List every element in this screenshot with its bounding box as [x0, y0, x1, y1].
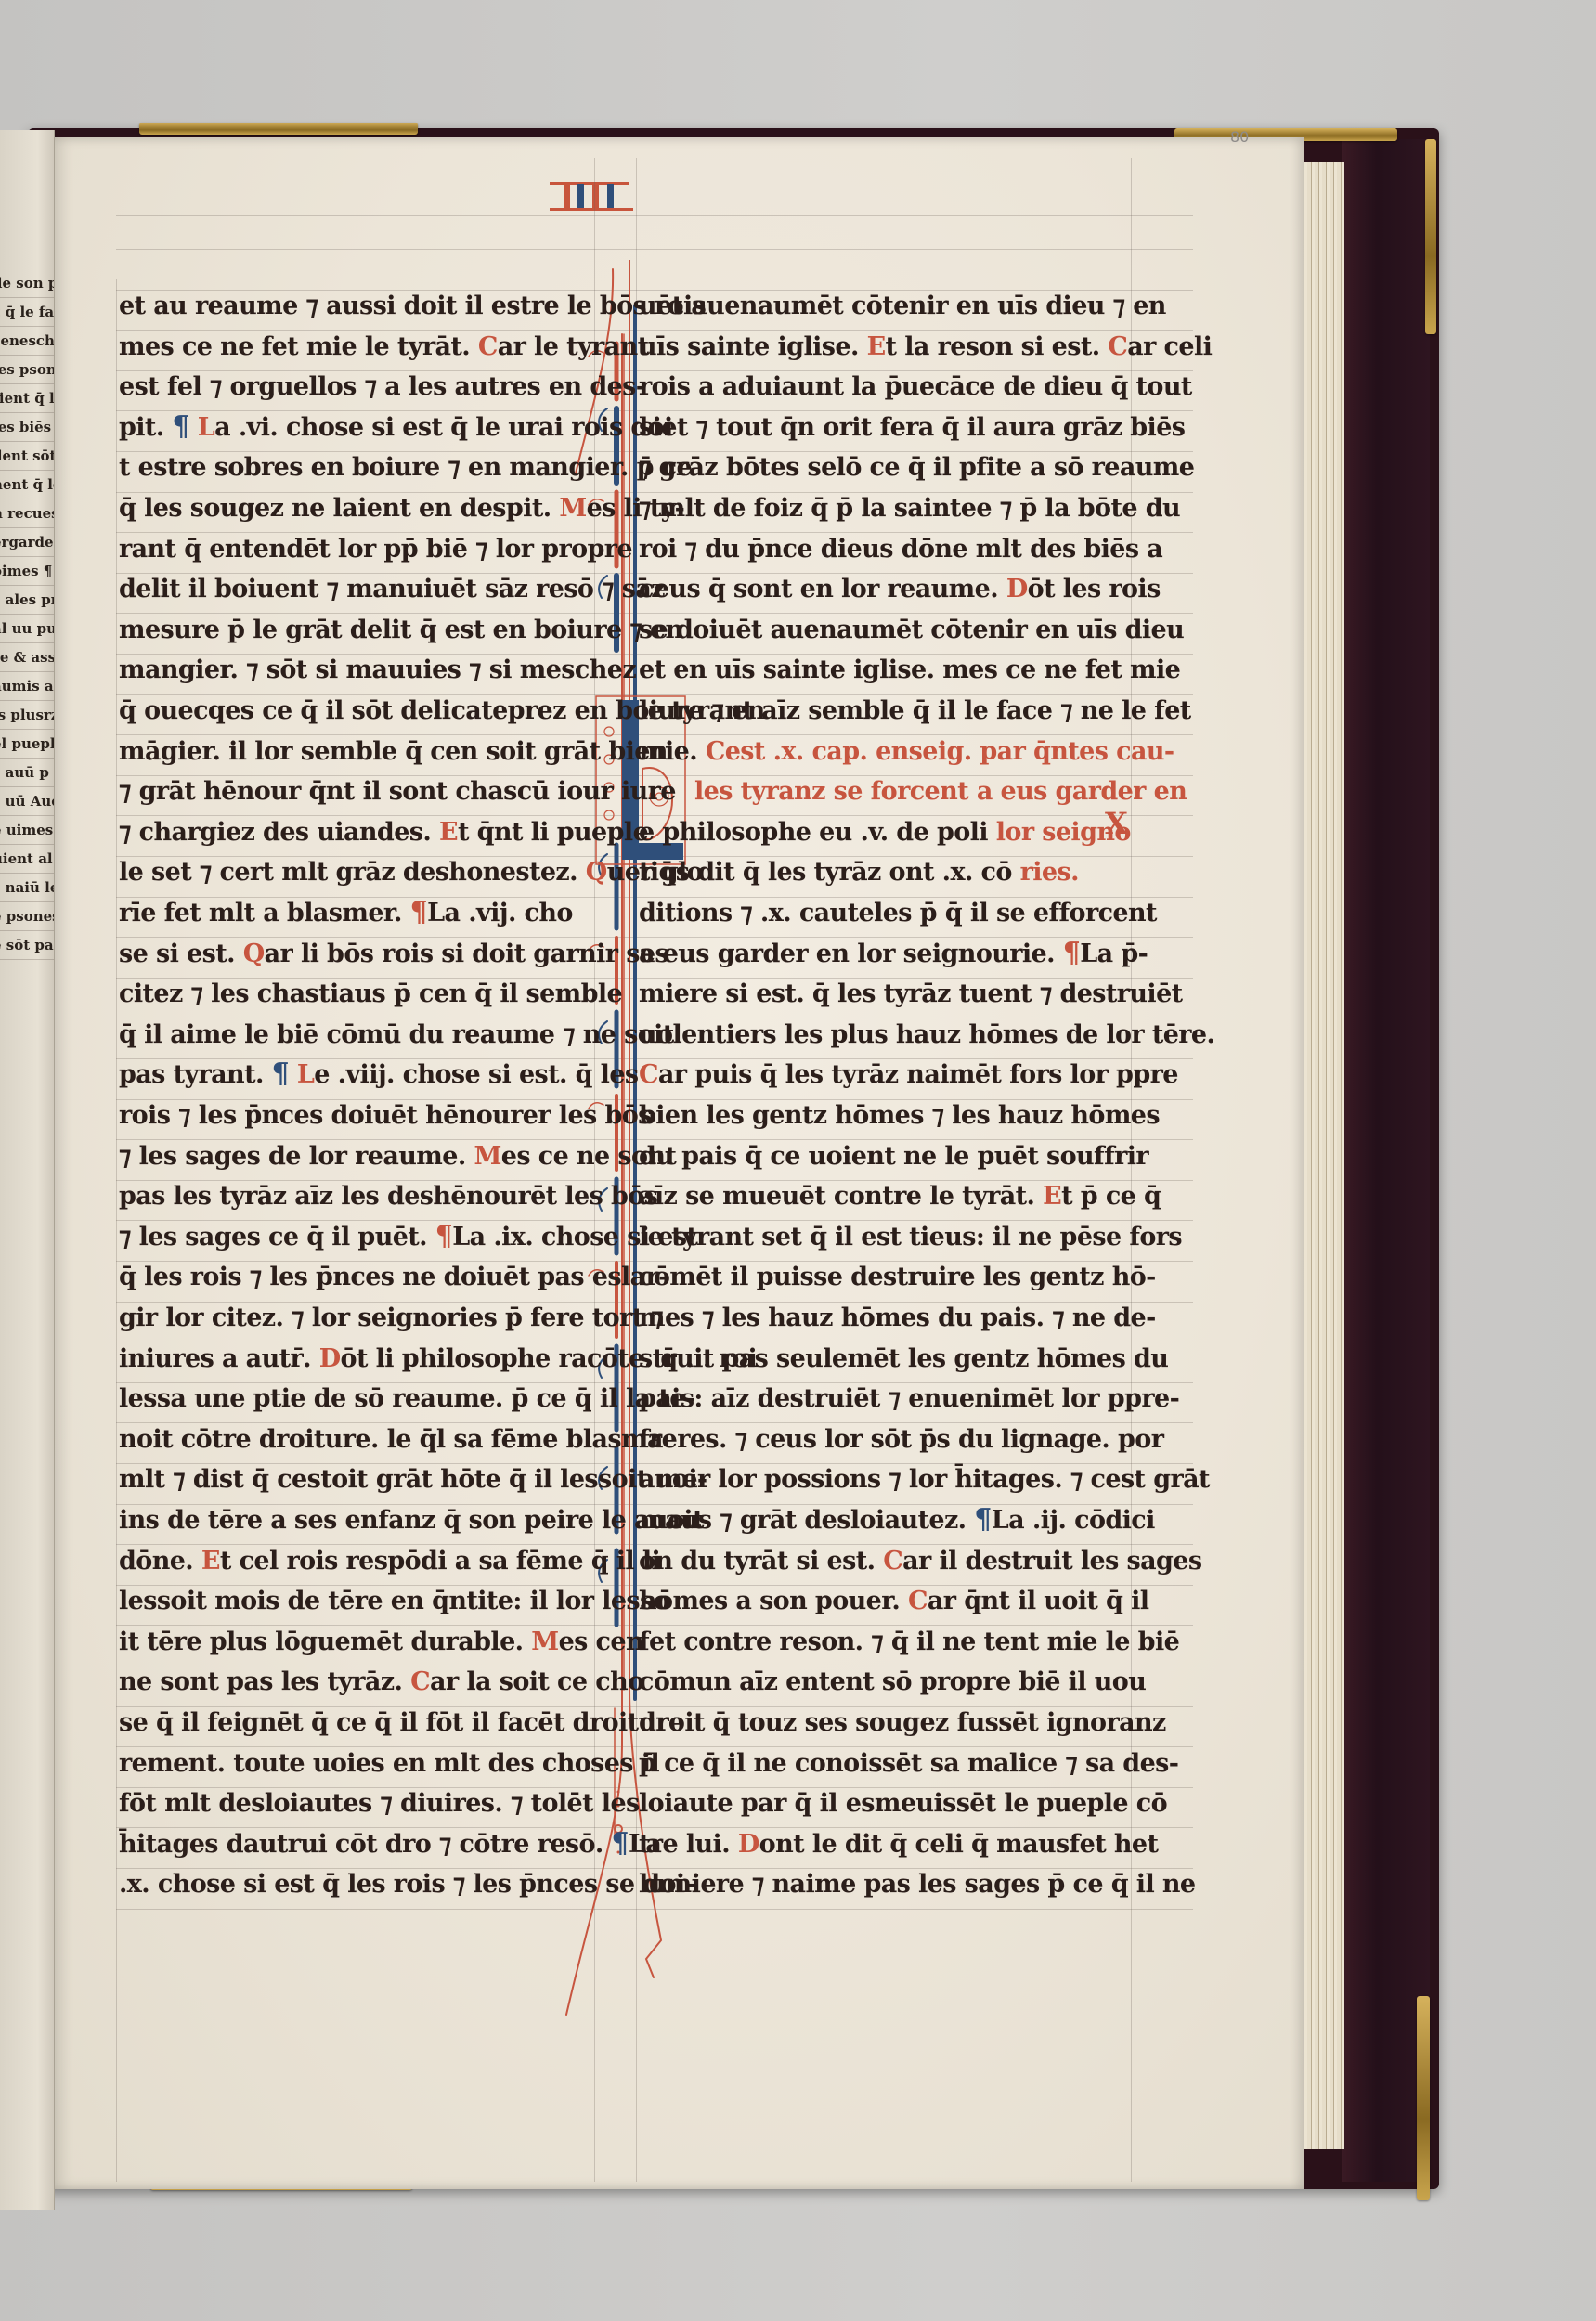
manuscript-line: se doiuēt auenaumēt cōtenir en uīs dieu — [639, 616, 1184, 644]
line-text: ar la soit ce cho — [430, 1667, 644, 1696]
manuscript-line: ne sont pas les tyrāz. Car la soit ce ch… — [119, 1667, 644, 1696]
pilcrow-icon: ¶ — [612, 1830, 629, 1858]
manuscript-line: cōmēt il puisse destruire les gentz hō- — [639, 1263, 1156, 1291]
line-text: rois ⁊ les p̄nces doiuēt hēnourer les bō… — [119, 1101, 652, 1130]
line-text: uīs sainte iglise. — [639, 332, 859, 361]
rubric-heading: lor seigno — [996, 818, 1131, 847]
line-text: dōne. — [119, 1547, 193, 1575]
manuscript-line: rant q̄ entendēt lor pp̄ biē ⁊ lor propr… — [119, 535, 632, 564]
manuscript-line: q̄ les rois ⁊ les p̄nces ne doiuēt pas e… — [119, 1263, 668, 1291]
line-text: .x. chose si est q̄ les rois ⁊ les p̄nce… — [119, 1870, 694, 1899]
manuscript-line: et en uīs sainte iglise. mes ce ne fet m… — [639, 655, 1180, 684]
manuscript-line: aīz se mueuēt contre le tyrāt. Et p̄ ce … — [639, 1182, 1161, 1211]
manuscript-line: t estre sobres en boiure ⁊ en mangier. p… — [119, 453, 692, 482]
manuscript-line: freres. ⁊ ceus lor sōt p̄s du lignage. p… — [639, 1425, 1163, 1454]
line-text: mes ⁊ les hauz hōmes du pais. ⁊ ne de- — [639, 1303, 1156, 1332]
line-text: p̄ ce q̄ il ne conoissēt sa malice ⁊ sa … — [639, 1749, 1178, 1778]
manuscript-line: uīs sainte iglise. Et la reson si est. C… — [639, 332, 1212, 361]
pilcrow-icon: ¶ — [172, 413, 189, 441]
running-head-stroke — [607, 184, 614, 208]
running-head-stroke — [564, 184, 570, 208]
rubricated-initial: M — [559, 494, 586, 523]
line-text: se q̄ il feignēt q̄ ce q̄ il fōt il facē… — [119, 1708, 684, 1737]
manuscript-line: lumiere ⁊ naime pas les sages p̄ ce q̄ i… — [639, 1870, 1196, 1899]
ruling-left-outer — [116, 279, 117, 2182]
facing-page-line: s naiū les — [0, 874, 55, 902]
pilcrow-icon: ¶ — [435, 1223, 453, 1251]
manuscript-line: h̄itages dautrui cōt dro ⁊ cōtre resō. ¶… — [119, 1830, 661, 1859]
manuscript-line: dōne. Et cel rois respōdi a sa fēme q̄ i… — [119, 1547, 660, 1575]
manuscript-line: tre lui. Dont le dit q̄ celi q̄ mausfet … — [639, 1830, 1158, 1859]
line-text: māgier. il lor semble q̄ cen soit grāt b… — [119, 737, 668, 766]
manuscript-line: fōt mlt desloiautes ⁊ diuires. ⁊ tolēt l… — [119, 1789, 640, 1818]
manuscript-line: struit pas seulemēt les gentz hōmes du — [639, 1344, 1168, 1373]
facing-page-line: s ales pnces neie — [0, 586, 55, 615]
manuscript-line: roi ⁊ du p̄nce dieus dōne mlt des biēs a — [639, 535, 1162, 564]
line-text: du pais q̄ ce uoient ne le puēt souffrir — [639, 1142, 1148, 1171]
rubricated-initial: E — [867, 332, 886, 361]
manuscript-line: siet ⁊ tout q̄n orit fera q̄ il aura grā… — [639, 413, 1185, 442]
line-text: ⁊ chargiez des uiandes. — [119, 818, 431, 847]
facing-page-line: seneschal etaone — [0, 327, 55, 356]
rubricated-initial: C — [639, 1060, 658, 1089]
line-text: fet contre reson. ⁊ q̄ il ne tent mie le… — [639, 1627, 1179, 1656]
manuscript-line: le tyrant aīz semble q̄ il le face ⁊ ne … — [639, 696, 1191, 725]
manuscript-line: auoir lor possions ⁊ lor h̄itages. ⁊ ces… — [639, 1465, 1210, 1494]
pilcrow-icon: ¶ — [1063, 940, 1081, 967]
manuscript-line: citez ⁊ les chastiaus p̄ cen q̄ il sembl… — [119, 979, 622, 1008]
manuscript-line: p̄ ce q̄ il ne conoissēt sa malice ⁊ sa … — [639, 1749, 1178, 1778]
line-text: t q̄nt li pueple — [458, 818, 648, 847]
manuscript-line: mlt ⁊ dist q̄ cestoit grāt hōte q̄ il le… — [119, 1465, 707, 1494]
manuscript-line: pas les tyrāz aīz les deshēnourēt les bō… — [119, 1182, 657, 1211]
line-text: est fel ⁊ orguellos ⁊ a les autres en de… — [119, 372, 645, 401]
manuscript-line: miere si est. q̄ les tyrāz tuent ⁊ destr… — [639, 979, 1183, 1008]
manuscript-line: fet contre reson. ⁊ q̄ il ne tent mie le… — [639, 1627, 1179, 1656]
facing-page-line: n recuest — [0, 499, 55, 528]
rubricated-initial: C — [478, 332, 498, 361]
line-text: loiaute par q̄ il esmeuissēt le pueple c… — [639, 1789, 1167, 1818]
facing-page-line: is plusrz sōne — [0, 701, 55, 730]
manuscript-line: ceus q̄ sont en lor reaume. Dōt les rois — [639, 575, 1161, 603]
manuscript-line: du pais q̄ ce uoient ne le puēt souffrir — [639, 1142, 1148, 1171]
line-text: t la reson si est. — [886, 332, 1100, 361]
line-text: pais: aīz destruiēt ⁊ enuenimēt lor ppre… — [639, 1384, 1179, 1413]
manuscript-line: ⁊ les sages de lor reaume. Mes ce ne son… — [119, 1142, 676, 1171]
fore-edge-leaves — [1300, 162, 1344, 2149]
facing-page-line: ergarder le — [0, 528, 55, 557]
facing-page-line: el pueple pas — [0, 730, 55, 759]
manuscript-line: se q̄ il feignēt q̄ ce q̄ il fōt il facē… — [119, 1708, 684, 1737]
line-text: ont le dit q̄ celi q̄ mausfet het — [759, 1830, 1159, 1859]
manuscript-line: noit cōtre droiture. le q̄l sa fēme blas… — [119, 1425, 663, 1454]
manuscript-line: on du tyrāt si est. Car il destruit les … — [639, 1547, 1201, 1575]
manuscript-line: gir lor citez. ⁊ lor seignories p̄ fere … — [119, 1303, 663, 1332]
line-text: gir lor citez. ⁊ lor seignories p̄ fere … — [119, 1303, 663, 1332]
line-text: q̄ les sougez ne laient en despit. — [119, 494, 551, 523]
facing-page-line: tient q̄ les rois — [0, 384, 55, 413]
line-text: freres. ⁊ ceus lor sōt p̄s du lignage. p… — [639, 1425, 1163, 1454]
manuscript-line: mie. Cest .x. cap. enseig. par q̄ntes ca… — [639, 737, 1174, 766]
line-text: rement. toute uoies en mlt des choses il — [119, 1749, 659, 1778]
line-text: ar q̄nt il uoit q̄ il — [928, 1587, 1149, 1615]
facing-page-line: dent sōt mie — [0, 442, 55, 471]
rubric-heading: les tyranz se forcent a eus garder en — [694, 777, 1187, 806]
line-text: mlt ⁊ dist q̄ cestoit grāt hōte q̄ il le… — [119, 1465, 707, 1494]
line-text: lessoit mois de tēre en q̄ntite: il lor … — [119, 1587, 669, 1615]
line-text: cōmēt il puisse destruire les gentz hō- — [639, 1263, 1156, 1291]
line-text: ne sont pas les tyrāz. — [119, 1667, 402, 1696]
binding-fore-edge-velvet — [1342, 139, 1430, 2182]
rubricated-initial: L — [297, 1060, 314, 1089]
line-text: La .vij. cho — [427, 899, 573, 927]
manuscript-line: pais: aīz destruiēt ⁊ enuenimēt lor ppre… — [639, 1384, 1179, 1413]
line-text: tre lui. — [639, 1830, 730, 1859]
rubricated-initial: E — [1043, 1182, 1061, 1211]
rubricated-initial: M — [474, 1142, 500, 1171]
rubricated-initial: D — [1006, 575, 1028, 603]
line-text: La .ij. cōdici — [992, 1506, 1155, 1535]
line-text: pit. — [119, 413, 164, 442]
facing-page-line: uient al de — [0, 845, 55, 874]
line-text: bien les gentz hōmes ⁊ les hauz hōmes — [639, 1101, 1160, 1130]
line-text: on du tyrāt si est. — [639, 1547, 875, 1575]
line-text: ⁊ grāz bōtes selō ce q̄ il pfite a sō re… — [639, 453, 1194, 482]
manuscript-line: et au reaume ⁊ aussi doit il estre le bō… — [119, 292, 706, 320]
manuscript-line: bien les gentz hōmes ⁊ les hauz hōmes — [639, 1101, 1160, 1130]
line-text: t estre sobres en boiure ⁊ en mangier. p… — [119, 453, 692, 482]
facing-page-line: oimes ¶ A — [0, 557, 55, 586]
manuscript-line: mesure p̄ le grāt delit q̄ est en boiure… — [119, 616, 683, 644]
manuscript-line: droit q̄ touz ses sougez fussēt ignoranz — [639, 1708, 1166, 1737]
gilt-clasp-right-upper — [1425, 139, 1436, 334]
rubricated-initial: C — [1108, 332, 1127, 361]
line-text: ⁊ grāt hēnour q̄nt il sont chascū iour i… — [119, 777, 676, 806]
line-text: es cen — [559, 1627, 643, 1656]
manuscript-line: mes ⁊ les hauz hōmes du pais. ⁊ ne de- — [639, 1303, 1156, 1332]
facing-page-line: s auū p qlqes — [0, 759, 55, 787]
line-text: et au reaume ⁊ aussi doit il estre le bō… — [119, 292, 706, 320]
rubricated-initial: D — [738, 1830, 759, 1859]
line-text: rant q̄ entendēt lor pp̄ biē ⁊ lor propr… — [119, 535, 632, 564]
line-text: et en uīs sainte iglise. mes ce ne fet m… — [639, 655, 1180, 684]
line-text: a .vi. chose si est q̄ le urai rois doi — [214, 413, 673, 442]
rubricated-initial: Q — [586, 858, 607, 887]
manuscript-line: e philosophe eu .v. de poli lor seigno — [639, 818, 1131, 847]
line-text: it tēre plus lōguemēt durable. — [119, 1627, 523, 1656]
line-text: ceus q̄ sont en lor reaume. — [639, 575, 998, 603]
rubric-heading: ries. — [1020, 858, 1079, 887]
facing-page-edge: de son pueplez q̄ le facentseneschal eta… — [0, 130, 55, 2210]
line-text: se doiuēt auenaumēt cōtenir en uīs dieu — [639, 616, 1184, 644]
manuscript-line: rement. toute uoies en mlt des choses il — [119, 1749, 659, 1778]
line-text: struit pas seulemēt les gentz hōmes du — [639, 1344, 1168, 1373]
line-text: mesure p̄ le grāt delit q̄ est en boiure… — [119, 616, 683, 644]
line-text: uolentiers les plus hauz hōmes de lor tē… — [639, 1020, 1214, 1049]
line-text: iniures a autr̄. — [119, 1344, 311, 1373]
line-text: h̄itages dautrui cōt dro ⁊ cōtre resō. — [119, 1830, 603, 1859]
facing-page-line: al uu pueple q̄ — [0, 615, 55, 643]
line-text: miere si est. q̄ les tyrāz tuent ⁊ destr… — [639, 979, 1183, 1008]
manuscript-line: ⁊ les sages ce q̄ il puēt. ¶La .ix. chos… — [119, 1223, 697, 1251]
line-text: droit q̄ touz ses sougez fussēt ignoranz — [639, 1708, 1166, 1737]
manuscript-line: cōmun aīz entent sō propre biē il uou — [639, 1667, 1146, 1696]
line-text: auoir lor possions ⁊ lor h̄itages. ⁊ ces… — [639, 1465, 1210, 1494]
manuscript-line: a eus garder en lor seignourie. ¶La p̄- — [639, 940, 1148, 968]
manuscript-line: se si est. Qar li bōs rois si doit garni… — [119, 940, 668, 968]
rubricated-initial: E — [439, 818, 458, 847]
line-text: lumiere ⁊ naime pas les sages p̄ ce q̄ i… — [639, 1870, 1196, 1899]
running-head-bar-top — [550, 182, 629, 185]
line-text: le set ⁊ cert mlt grāz deshonestez. — [119, 858, 577, 887]
manuscript-line: it tēre plus lōguemēt durable. Mes cen — [119, 1627, 643, 1656]
manuscript-line: le tyrant set q̄ il est tieus: il ne pēs… — [639, 1223, 1182, 1251]
pilcrow-icon: ¶ — [410, 899, 428, 927]
manuscript-line: Car puis q̄ les tyrāz naimēt fors lor pp… — [639, 1060, 1178, 1089]
running-head-bar-bottom — [550, 208, 633, 211]
rubricated-initial: C — [883, 1547, 902, 1575]
facing-page-line: e sōt pas — [0, 931, 55, 960]
manuscript-line: rois ⁊ les p̄nces doiuēt hēnourer les bō… — [119, 1101, 652, 1130]
line-text: q̄ les rois ⁊ les p̄nces ne doiuēt pas e… — [119, 1263, 668, 1291]
manuscript-line: loiaute par q̄ il esmeuissēt le pueple c… — [639, 1789, 1167, 1818]
manuscript-line: delit il boiuent ⁊ manuiuēt sāz resō ⁊ s… — [119, 575, 665, 603]
line-text: siet ⁊ tout q̄n orit fera q̄ il aura grā… — [639, 413, 1185, 442]
manuscript-line: ⁊ grāz bōtes selō ce q̄ il pfite a sō re… — [639, 453, 1194, 482]
rubricated-initial: C — [908, 1587, 928, 1615]
manuscript-line: mangier. ⁊ sōt si mauuies ⁊ si meschez — [119, 655, 636, 684]
rubricated-initial: L — [198, 413, 214, 442]
line-text: delit il boiuent ⁊ manuiuēt sāz resō ⁊ s… — [119, 575, 665, 603]
pilcrow-icon: ¶ — [272, 1060, 290, 1088]
manuscript-line: ins de tēre a ses enfanz q̄ son peire le… — [119, 1506, 704, 1535]
gilt-clasp-right-lower — [1417, 1996, 1430, 2200]
manuscript-line: ditions ⁊ .x. cauteles p̄ q̄ il se effor… — [639, 899, 1157, 927]
line-text: ⁊ les sages ce q̄ il puēt. — [119, 1223, 427, 1251]
line-text: se si est. — [119, 940, 235, 968]
manuscript-line: le set ⁊ cert mlt grāz deshonestez. Quer… — [119, 858, 703, 887]
folio-number: 80 — [1230, 128, 1249, 146]
gilt-clasp-top-left — [139, 123, 418, 135]
line-text: mie. — [639, 737, 697, 766]
manuscript-line: rīe fet mlt a blasmer. ¶La .vij. cho — [119, 899, 573, 927]
manuscript-line: māgier. il lor semble q̄ cen soit grāt b… — [119, 737, 668, 766]
running-head-stroke — [577, 184, 584, 208]
facing-page-line: z q̄ le facent — [0, 298, 55, 327]
line-text: lessa une ptie de sō reaume. p̄ ce q̄ il… — [119, 1384, 694, 1413]
line-text: mangier. ⁊ sōt si mauuies ⁊ si meschez — [119, 655, 636, 684]
manuscript-line: ⁊ chargiez des uiandes. Et q̄nt li puepl… — [119, 818, 648, 847]
line-text: ⁊ les sages de lor reaume. — [119, 1142, 466, 1171]
line-text: ⁊ mlt de foiz q̄ p̄ la saintee ⁊ p̄ la b… — [639, 494, 1180, 523]
manuscript-line: lessoit mois de tēre en q̄ntite: il lor … — [119, 1587, 669, 1615]
line-text: q̄ il aime le biē cōmū du reaume ⁊ ne so… — [119, 1020, 674, 1049]
manuscript-line: pas tyrant. ¶ Le .viij. chose si est. q̄… — [119, 1060, 639, 1089]
manuscript-line: q̄ il aime le biē cōmū du reaume ⁊ ne so… — [119, 1020, 674, 1049]
facing-page-line: s uū Auer — [0, 787, 55, 816]
manuscript-line: ⁊ grāt hēnour q̄nt il sont chascū iour i… — [119, 777, 676, 806]
line-text: hōmes a son pouer. — [639, 1587, 900, 1615]
line-text: noit cōtre droiture. le q̄l sa fēme blas… — [119, 1425, 663, 1454]
manuscript-line: maus ⁊ grāt desloiautez. ¶La .ij. cōdici — [639, 1506, 1155, 1535]
rubricated-initial: D — [319, 1344, 341, 1373]
ruling-top — [116, 215, 1193, 216]
line-text: citez ⁊ les chastiaus p̄ cen q̄ il sembl… — [119, 979, 622, 1008]
line-text: ar il destruit les sages — [902, 1547, 1201, 1575]
line-text: rois a aduiaunt la p̄uecāce de dieu q̄ t… — [639, 372, 1192, 401]
line-text: fōt mlt desloiautes ⁊ diuires. ⁊ tolēt l… — [119, 1789, 640, 1818]
line-text: ar li bōs rois si doit garnir ses — [265, 940, 668, 968]
manuscript-line: tiq̄s dit q̄ les tyrāz ont .x. cō ries. — [639, 858, 1079, 887]
line-text: e philosophe eu .v. de poli — [639, 818, 988, 847]
rubric-heading: Cest .x. cap. enseig. par q̄ntes cau- — [706, 737, 1174, 766]
facing-page-line: de son pueple — [0, 269, 55, 298]
manuscript-line: hōmes a son pouer. Car q̄nt il uoit q̄ i… — [639, 1587, 1148, 1615]
line-text: le tyrant aīz semble q̄ il le face ⁊ ne … — [639, 696, 1191, 725]
line-text: ar le tyrant — [498, 332, 649, 361]
line-text: ar puis q̄ les tyrāz naimēt fors lor ppr… — [658, 1060, 1178, 1089]
line-text: ins de tēre a ses enfanz q̄ son peire le… — [119, 1506, 704, 1535]
line-text: pas les tyrāz aīz les deshēnourēt les bō… — [119, 1182, 657, 1211]
line-text: le tyrant set q̄ il est tieus: il ne pēs… — [639, 1223, 1182, 1251]
line-text: ōt les rois — [1028, 575, 1161, 603]
line-text: ditions ⁊ .x. cauteles p̄ q̄ il se effor… — [639, 899, 1157, 927]
facing-page-line: nent q̄ le facēt — [0, 471, 55, 499]
line-text: e .viij. chose si est. q̄ les — [314, 1060, 638, 1089]
facing-page-line: les biēs comū — [0, 413, 55, 442]
line-text: cōmun aīz entent sō propre biē il uou — [639, 1667, 1146, 1696]
line-text: pas tyrant. — [119, 1060, 264, 1089]
rubricated-initial: E — [201, 1547, 220, 1575]
rubricated-initial: Q — [243, 940, 265, 968]
line-text: La p̄- — [1080, 940, 1148, 968]
manuscript-line: .x. chose si est q̄ les rois ⁊ les p̄nce… — [119, 1870, 694, 1899]
manuscript-line: pit. ¶ La .vi. chose si est q̄ le urai r… — [119, 413, 673, 442]
line-text: tiq̄s dit q̄ les tyrāz ont .x. cō — [639, 858, 1012, 887]
line-text: rīe fet mlt a blasmer. — [119, 899, 402, 927]
manuscript-line: rois a aduiaunt la p̄uecāce de dieu q̄ t… — [639, 372, 1192, 401]
manuscript-line: lessa une ptie de sō reaume. p̄ ce q̄ il… — [119, 1384, 694, 1413]
line-text: ar celi — [1127, 332, 1212, 361]
line-text: t cel rois respōdi a sa fēme q̄ il li — [220, 1547, 660, 1575]
line-text: mes ce ne fet mie le tyrāt. — [119, 332, 470, 361]
facing-page-line: les psones q̄ ne — [0, 356, 55, 384]
pilcrow-icon: ¶ — [974, 1506, 992, 1534]
manuscript-line: ⁊ mlt de foiz q̄ p̄ la saintee ⁊ p̄ la b… — [639, 494, 1180, 523]
ruled-line — [116, 249, 1193, 250]
manuscript-line: uēt auenaumēt cōtenir en uīs dieu ⁊ en — [639, 292, 1166, 320]
facing-page-line: e uimes ¶ A — [0, 816, 55, 845]
manuscript-line: les tyranz se forcent a eus garder en — [694, 777, 1187, 806]
line-text: uēt auenaumēt cōtenir en uīs dieu ⁊ en — [639, 292, 1166, 320]
manuscript-line: mes ce ne fet mie le tyrāt. Car le tyran… — [119, 332, 648, 361]
rubricated-initial: M — [531, 1627, 558, 1656]
facing-page-line: e psones — [0, 902, 55, 931]
line-text: t p̄ ce q̄ — [1061, 1182, 1161, 1211]
manuscript-line: q̄ les sougez ne laient en despit. Mes l… — [119, 494, 684, 523]
line-text: roi ⁊ du p̄nce dieus dōne mlt des biēs a — [639, 535, 1162, 564]
line-text: maus ⁊ grāt desloiautez. — [639, 1506, 966, 1535]
facing-page-line: re & assez pas — [0, 643, 55, 672]
manuscript-line: est fel ⁊ orguellos ⁊ a les autres en de… — [119, 372, 645, 401]
line-text: aīz se mueuēt contre le tyrāt. — [639, 1182, 1034, 1211]
rubricated-initial: C — [410, 1667, 430, 1696]
line-text: a eus garder en lor seignourie. — [639, 940, 1055, 968]
manuscript-line: uolentiers les plus hauz hōmes de lor tē… — [639, 1020, 1214, 1049]
facing-page-line: aumis alor pue — [0, 672, 55, 701]
